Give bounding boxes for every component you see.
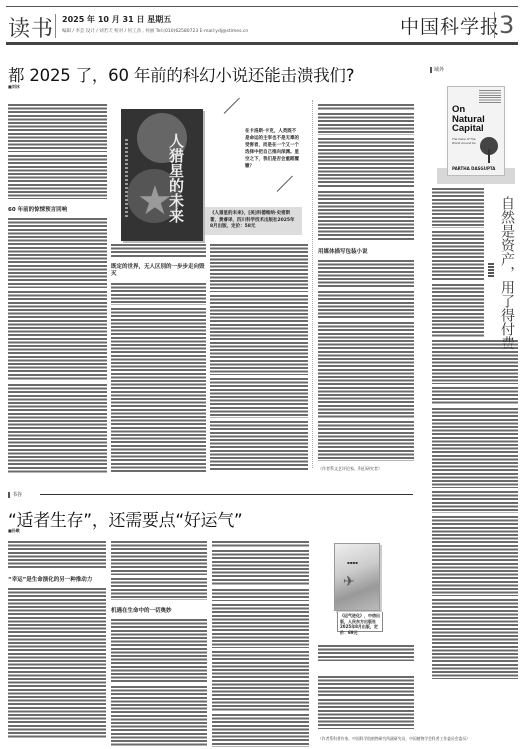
paragraph bbox=[432, 516, 518, 596]
paragraph bbox=[8, 588, 106, 738]
column-divider bbox=[312, 100, 313, 468]
paragraph bbox=[210, 295, 308, 375]
sidebar-column-narrow bbox=[432, 188, 484, 338]
paragraph bbox=[318, 421, 414, 461]
article1-subhead-2: 既定的世界，无人区别的一步步走向毁灭 bbox=[111, 264, 206, 278]
paragraph bbox=[210, 421, 308, 471]
article2-subhead-2: 机遇在生命中的一切奥妙 bbox=[111, 606, 207, 614]
paragraph bbox=[318, 676, 414, 696]
book-cover-title: 人猎星的未来 bbox=[168, 133, 184, 223]
paragraph bbox=[212, 589, 309, 601]
article2-book-caption: 《运气进化》，中信出版，人民东方出版社 2025年8月出版，定价：69元 bbox=[337, 612, 383, 632]
cover-blurb bbox=[479, 90, 501, 104]
article1-column-1: 60 年前的惊悚预言回响 bbox=[8, 104, 107, 474]
paragraph bbox=[318, 699, 414, 729]
article1-subhead-3: 用媒体描写包装小说 bbox=[318, 247, 414, 255]
quote-mark-line bbox=[224, 98, 240, 114]
article2-author-note: （作者系科普作家，中国科学院植物研究所副研究员，中国植物学会科普工作委员会委员） bbox=[318, 736, 470, 742]
article2-headline[interactable]: “适者生存”，还需要点“好运气” bbox=[8, 506, 242, 531]
article2-column-3 bbox=[212, 541, 309, 747]
book-cover-image: ★ 人猎星的未来 bbox=[121, 109, 203, 241]
masthead-top-rule bbox=[6, 6, 518, 7]
book-subtitle: The Value of The World Around Us bbox=[452, 137, 478, 145]
newspaper-logo: 中国科学报 bbox=[400, 12, 500, 39]
paragraph bbox=[212, 604, 309, 648]
sidebar-headline[interactable]: 自然是资产，用了得付费 bbox=[499, 196, 515, 350]
tree-trunk bbox=[488, 149, 490, 163]
paragraph bbox=[318, 113, 414, 135]
article1-column-3 bbox=[210, 244, 308, 472]
book-cover-title: ▪▪▪▪ bbox=[347, 560, 358, 565]
paragraph bbox=[8, 104, 107, 152]
paragraph bbox=[318, 138, 414, 188]
bird-icon: ✈ bbox=[343, 574, 355, 590]
sidebar-byline bbox=[488, 263, 494, 278]
paragraph bbox=[111, 619, 207, 683]
paragraph bbox=[212, 714, 309, 747]
paragraph bbox=[8, 155, 107, 199]
article2-column-2: 机遇在生命中的一切奥妙 bbox=[111, 541, 207, 747]
quote-mark-line bbox=[277, 176, 293, 192]
paragraph bbox=[212, 550, 309, 586]
book-title-line: Capital bbox=[452, 124, 500, 134]
issue-date: 2025 年 10 月 31 日 星期五 bbox=[62, 14, 171, 25]
editor-credits: 编辑 / 李芸 设计 / 刘若天 校对 / 何工劲 , 何丽 Tel:(010)… bbox=[62, 28, 248, 34]
article1-subhead-1: 60 年前的惊悚预言回响 bbox=[8, 205, 107, 213]
article1-headline[interactable]: 都 2025 了，60 年前的科幻小说还能击溃我们? bbox=[8, 62, 354, 86]
section-name: 读书 bbox=[8, 12, 54, 43]
page-number-divider bbox=[494, 12, 495, 38]
paragraph bbox=[8, 291, 107, 381]
section-rule bbox=[40, 494, 413, 495]
paragraph bbox=[318, 260, 414, 288]
paragraph bbox=[432, 599, 518, 679]
sidebar-section-label: 域外 bbox=[430, 66, 444, 73]
article2-subhead-1: “幸运”是生命演化的另一种推动力 bbox=[8, 575, 106, 583]
article1-byline: ■刘冰 bbox=[8, 84, 20, 90]
paragraph bbox=[8, 541, 106, 569]
paragraph bbox=[318, 645, 414, 661]
paragraph bbox=[8, 218, 107, 288]
paragraph bbox=[210, 378, 308, 418]
article2-byline: ■孙歌 bbox=[8, 528, 20, 534]
paragraph bbox=[111, 686, 207, 746]
paragraph bbox=[111, 308, 206, 472]
page-number: 3 bbox=[499, 11, 514, 39]
sidebar-book-cover: On Natural Capital The Value of The Worl… bbox=[447, 86, 505, 176]
paragraph bbox=[432, 340, 518, 384]
masthead-bottom-rule bbox=[6, 42, 518, 45]
paragraph bbox=[111, 578, 207, 600]
masthead-divider bbox=[55, 14, 56, 38]
paragraph bbox=[432, 188, 484, 228]
paragraph bbox=[318, 104, 414, 110]
paragraph bbox=[210, 244, 308, 292]
paragraph bbox=[432, 491, 518, 513]
pull-quote: 在卡洛斯·卡克，人类既不是命运的主宰也不是无辜的受害者，而是在一个又一个选择中把… bbox=[245, 128, 300, 170]
paragraph bbox=[432, 387, 518, 405]
article2-column-4-top bbox=[318, 645, 414, 663]
paragraph bbox=[212, 541, 309, 547]
paragraph bbox=[432, 231, 484, 281]
article1-column-4: 用媒体描写包装小说 bbox=[318, 104, 414, 464]
paragraph bbox=[318, 191, 414, 241]
book-author: PARTHA DASGUPTA bbox=[452, 166, 495, 171]
paragraph bbox=[111, 541, 207, 575]
paragraph bbox=[318, 322, 414, 418]
paragraph bbox=[8, 384, 107, 474]
article2-column-1: “幸运”是生命演化的另一种推动力 bbox=[8, 541, 106, 747]
article2-section-label: 书谷 bbox=[8, 491, 22, 498]
article2-book-cover: ▪▪▪▪ ✈ bbox=[334, 543, 380, 611]
article1-column-2: 既定的世界，无人区别的一步步走向毁灭 bbox=[111, 244, 206, 472]
paragraph bbox=[111, 283, 206, 305]
book-caption: 《人猎星的未来》，[美]科德维纳·史密斯著，黄睿译，四川科学技术出版社2025年… bbox=[205, 207, 302, 235]
paragraph bbox=[111, 244, 206, 258]
paragraph bbox=[212, 651, 309, 711]
paragraph bbox=[318, 291, 414, 319]
book-spine bbox=[125, 139, 128, 219]
sidebar-column-wide bbox=[432, 340, 518, 700]
paragraph bbox=[432, 408, 518, 488]
article1-author-note: （作者系文艺评论家、科幻研究者） bbox=[318, 466, 382, 472]
paragraph bbox=[432, 284, 484, 338]
article2-column-4 bbox=[318, 676, 414, 734]
